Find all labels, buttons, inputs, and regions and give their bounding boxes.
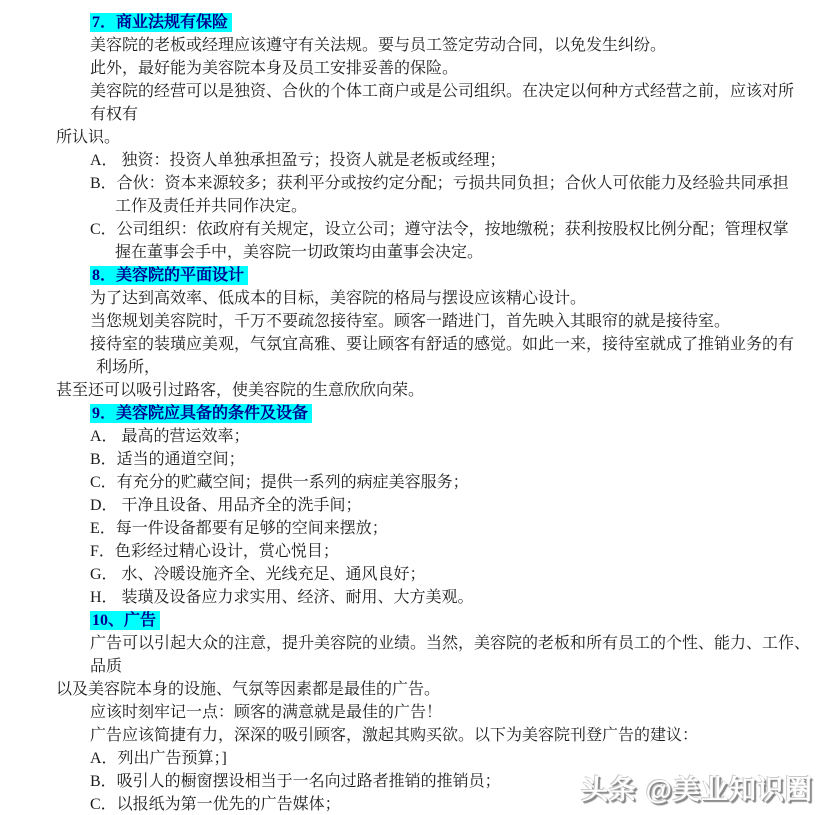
- text-line: 利场所，: [0, 356, 823, 379]
- text-line: 此外，最好能为美容院本身及员工安排妥善的保险。: [0, 57, 823, 80]
- text-line: 以及美容院本身的设施、气氛等因素都是最佳的广告。: [0, 678, 823, 701]
- text-line: E．每一件设备都要有足够的空间来摆放；: [0, 517, 823, 540]
- document-page: 7．商业法规有保险美容院的老板或经理应该遵守有关法规。要与员工签定劳动合同，以免…: [0, 0, 823, 815]
- text-line: B．适当的通道空间；: [0, 448, 823, 471]
- text-line: G． 水、冷暖设施齐全、光线充足、通风良好；: [0, 563, 823, 586]
- text-line: H． 装璜及设备应力求实用、经济、耐用、大方美观。: [0, 586, 823, 609]
- text-line: 广告应该简捷有力，深深的吸引顾客，激起其购买欲。以下为美容院刊登广告的建议：: [0, 724, 823, 747]
- text-line: A．列出广告预算；]: [0, 747, 823, 770]
- section-heading-highlight: 10、广告: [90, 611, 160, 630]
- text-line: B．合伙：资本来源较多；获利平分或按约定分配；亏损共同负担；合伙人可依能力及经验…: [0, 172, 823, 195]
- document-body: 7．商业法规有保险美容院的老板或经理应该遵守有关法规。要与员工签定劳动合同，以免…: [0, 11, 823, 815]
- text-line: 甚至还可以吸引过路客，使美容院的生意欣欣向荣。: [0, 379, 823, 402]
- text-line: D． 干净且设备、用品齐全的洗手间；: [0, 494, 823, 517]
- text-line: 当您规划美容院时，千万不要疏忽接待室。顾客一踏进门，首先映入其眼帘的就是接待室。: [0, 310, 823, 333]
- text-line: 品质: [0, 655, 823, 678]
- section-heading-highlight: 8．美容院的平面设计: [90, 266, 248, 285]
- text-line: C．公司组织：依政府有关规定，设立公司；遵守法令，按地缴税；获利按股权比例分配；…: [0, 218, 823, 241]
- text-line: F．色彩经过精心设计，赏心悦目；: [0, 540, 823, 563]
- toutiao-watermark: 头条 @美业知识圈: [581, 768, 813, 807]
- text-line: 工作及责任并共同作决定。: [0, 195, 823, 218]
- section-heading-line: 10、广告: [0, 609, 823, 632]
- text-line: 广告可以引起大众的注意，提升美容院的业绩。当然，美容院的老板和所有员工的个性、能…: [0, 632, 823, 655]
- section-heading-highlight: 9．美容院应具备的条件及设备: [90, 404, 312, 423]
- text-line: 握在董事会手中，美容院一切政策均由董事会决定。: [0, 241, 823, 264]
- text-line: 接待室的装璜应美观，气氛宜高雅、要让顾客有舒适的感觉。如此一来，接待室就成了推销…: [0, 333, 823, 356]
- section-heading-line: 7．商业法规有保险: [0, 11, 823, 34]
- text-line: 美容院的老板或经理应该遵守有关法规。要与员工签定劳动合同，以免发生纠纷。: [0, 34, 823, 57]
- text-line: 所认识。: [0, 126, 823, 149]
- text-line: 应该时刻牢记一点：顾客的满意就是最佳的广告！: [0, 701, 823, 724]
- text-line: 为了达到高效率、低成本的目标，美容院的格局与摆设应该精心设计。: [0, 287, 823, 310]
- text-line: A． 最高的营运效率；: [0, 425, 823, 448]
- section-heading-highlight: 7．商业法规有保险: [90, 13, 232, 32]
- text-line: 有权有: [0, 103, 823, 126]
- section-heading-line: 9．美容院应具备的条件及设备: [0, 402, 823, 425]
- section-heading-line: 8．美容院的平面设计: [0, 264, 823, 287]
- text-line: A． 独资：投资人单独承担盈亏；投资人就是老板或经理；: [0, 149, 823, 172]
- text-line: 美容院的经营可以是独资、合伙的个体工商户或是公司组织。在决定以何种方式经营之前，…: [0, 80, 823, 103]
- text-line: C．有充分的贮藏空间；提供一系列的病症美容服务；: [0, 471, 823, 494]
